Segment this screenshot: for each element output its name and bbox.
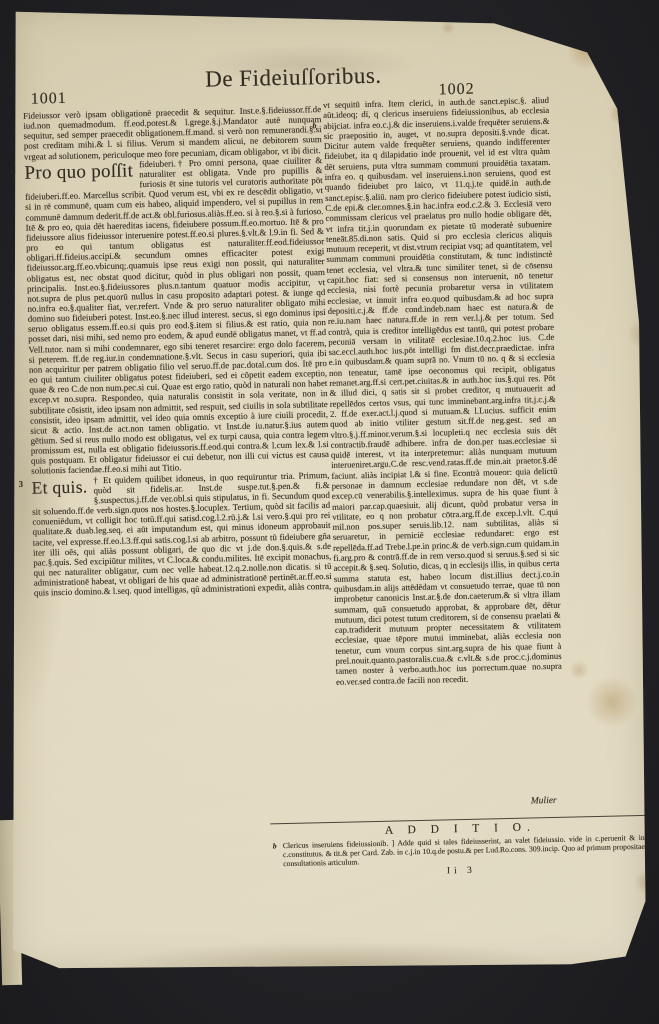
paragraph: vt sequitū infra. Item clerici, in auth.… bbox=[323, 95, 562, 687]
section-heading: Et quis. bbox=[31, 476, 87, 498]
additio-note: A D D I T I O. bClericus inseruiens fide… bbox=[270, 815, 651, 880]
left-text-column: Fideiussor verò ipsam obligationē praece… bbox=[23, 104, 332, 598]
margin-section-number: 3 bbox=[18, 479, 23, 489]
book-scan: 1001 De Fideiuſſoribus. 1002 Fideiussor … bbox=[0, 0, 659, 1024]
margin-reference-letter: b bbox=[273, 841, 277, 850]
right-text-column: b vt sequitū infra. Item clerici, in aut… bbox=[323, 95, 562, 687]
paragraph: Et quis.† Et quidem quilibet idoneus, in… bbox=[31, 470, 332, 599]
page-number-left: 1001 bbox=[31, 90, 67, 109]
section-et-quis: 3 Et quis.† Et quidem quilibet idoneus, … bbox=[31, 470, 332, 599]
section-body-text: fideiuberi.† Pro omni persona, quae ciui… bbox=[25, 155, 329, 476]
section-pro-quo-possit: 2 Pro quo poſſitfideiuberi.† Pro omni pe… bbox=[24, 155, 329, 477]
book-page: 1001 De Fideiuſſoribus. 1002 Fideiussor … bbox=[8, 2, 648, 974]
margin-reference-letter: b bbox=[312, 121, 316, 131]
margin-section-number: 2 bbox=[11, 164, 16, 174]
paragraph: Fideiussor verò ipsam obligationē praece… bbox=[23, 104, 322, 162]
catchword: Mulier bbox=[531, 796, 557, 807]
paragraph: Pro quo poſſitfideiuberi.† Pro omni pers… bbox=[24, 155, 329, 477]
section-heading: Pro quo poſſit bbox=[24, 160, 133, 183]
page-content: 1001 De Fideiuſſoribus. 1002 Fideiussor … bbox=[0, 0, 659, 981]
running-title: De Fideiuſſoribus. bbox=[148, 61, 439, 94]
